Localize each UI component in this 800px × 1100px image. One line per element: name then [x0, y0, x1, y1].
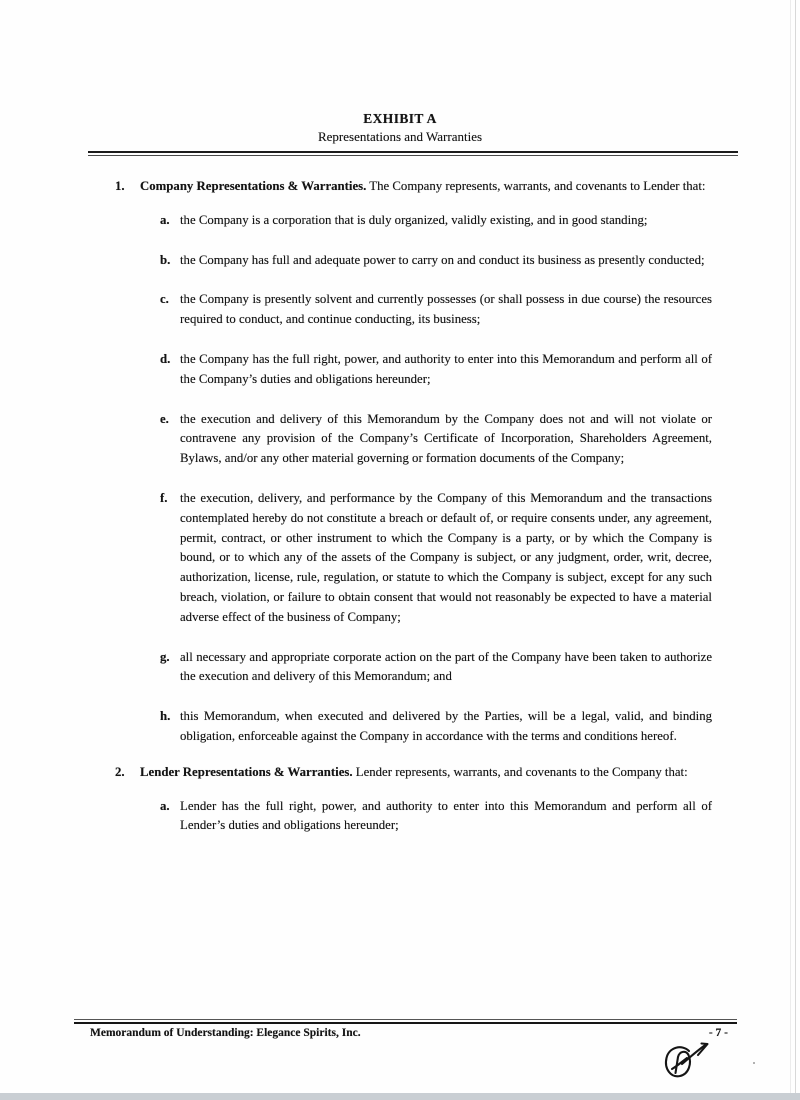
subclause-list: a. the Company is a corporation that is …: [160, 211, 712, 747]
list-item: d. the Company has the full right, power…: [160, 350, 712, 390]
item-letter: d.: [160, 350, 180, 390]
header-rule: [88, 151, 738, 156]
section-intro: Company Representations & Warranties. Th…: [140, 177, 712, 197]
section-intro: Lender Representations & Warranties. Len…: [140, 763, 712, 783]
item-text: all necessary and appropriate corporate …: [180, 648, 712, 688]
item-letter: e.: [160, 410, 180, 469]
handwritten-initials: [660, 1042, 712, 1084]
footer-rule: [74, 1019, 737, 1024]
scan-speck: [753, 1062, 755, 1064]
item-letter: b.: [160, 251, 180, 271]
list-item: a. the Company is a corporation that is …: [160, 211, 712, 231]
scan-edge-line: [795, 0, 796, 1100]
item-letter: c.: [160, 290, 180, 330]
list-item: h. this Memorandum, when executed and de…: [160, 707, 712, 747]
list-item: b. the Company has full and adequate pow…: [160, 251, 712, 271]
document-footer: Memorandum of Understanding: Elegance Sp…: [74, 1026, 737, 1041]
item-text: the execution, delivery, and performance…: [180, 489, 712, 628]
list-item: g. all necessary and appropriate corpora…: [160, 648, 712, 688]
exhibit-subtitle: Representations and Warranties: [0, 127, 800, 146]
section-number: 2.: [115, 763, 140, 783]
document-page: EXHIBIT A Representations and Warranties…: [0, 0, 800, 1100]
item-text: the Company has full and adequate power …: [180, 251, 712, 271]
exhibit-title: EXHIBIT A: [0, 110, 800, 127]
item-text: the execution and delivery of this Memor…: [180, 410, 712, 469]
footer-document-title: Memorandum of Understanding: Elegance Sp…: [74, 1026, 361, 1041]
section-intro-text: The Company represents, warrants, and co…: [369, 179, 705, 193]
item-text: the Company has the full right, power, a…: [180, 350, 712, 390]
list-item: f. the execution, delivery, and performa…: [160, 489, 712, 628]
document-header: EXHIBIT A Representations and Warranties: [0, 110, 800, 146]
list-item: e. the execution and delivery of this Me…: [160, 410, 712, 469]
item-letter: a.: [160, 211, 180, 231]
item-letter: a.: [160, 797, 180, 837]
list-item: a. Lender has the full right, power, and…: [160, 797, 712, 837]
item-text: the Company is a corporation that is dul…: [180, 211, 712, 231]
page-number: - 7 -: [709, 1026, 737, 1041]
subclause-list: a. Lender has the full right, power, and…: [160, 797, 712, 837]
section-lender-reps: 2. Lender Representations & Warranties. …: [115, 763, 712, 836]
item-letter: g.: [160, 648, 180, 688]
scan-bottom-band: [0, 1093, 800, 1100]
list-item: c. the Company is presently solvent and …: [160, 290, 712, 330]
item-text: Lender has the full right, power, and au…: [180, 797, 712, 837]
section-heading-row: 1. Company Representations & Warranties.…: [115, 177, 712, 197]
section-heading-text: Company Representations & Warranties.: [140, 179, 366, 193]
section-company-reps: 1. Company Representations & Warranties.…: [115, 177, 712, 747]
section-number: 1.: [115, 177, 140, 197]
item-letter: f.: [160, 489, 180, 628]
section-heading-row: 2. Lender Representations & Warranties. …: [115, 763, 712, 783]
scan-edge-line: [790, 0, 791, 1100]
section-intro-text: Lender represents, warrants, and covenan…: [356, 765, 688, 779]
item-letter: h.: [160, 707, 180, 747]
section-heading-text: Lender Representations & Warranties.: [140, 765, 353, 779]
item-text: the Company is presently solvent and cur…: [180, 290, 712, 330]
item-text: this Memorandum, when executed and deliv…: [180, 707, 712, 747]
document-body: 1. Company Representations & Warranties.…: [115, 177, 712, 852]
